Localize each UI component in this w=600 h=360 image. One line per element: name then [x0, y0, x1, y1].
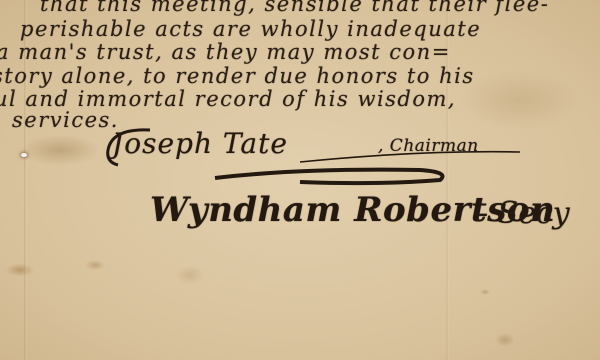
manuscript-page: that this meeting, sensible that their f… — [0, 0, 600, 360]
signature-title-secretary: - Secy — [478, 196, 570, 231]
signature-flourish — [0, 0, 600, 360]
